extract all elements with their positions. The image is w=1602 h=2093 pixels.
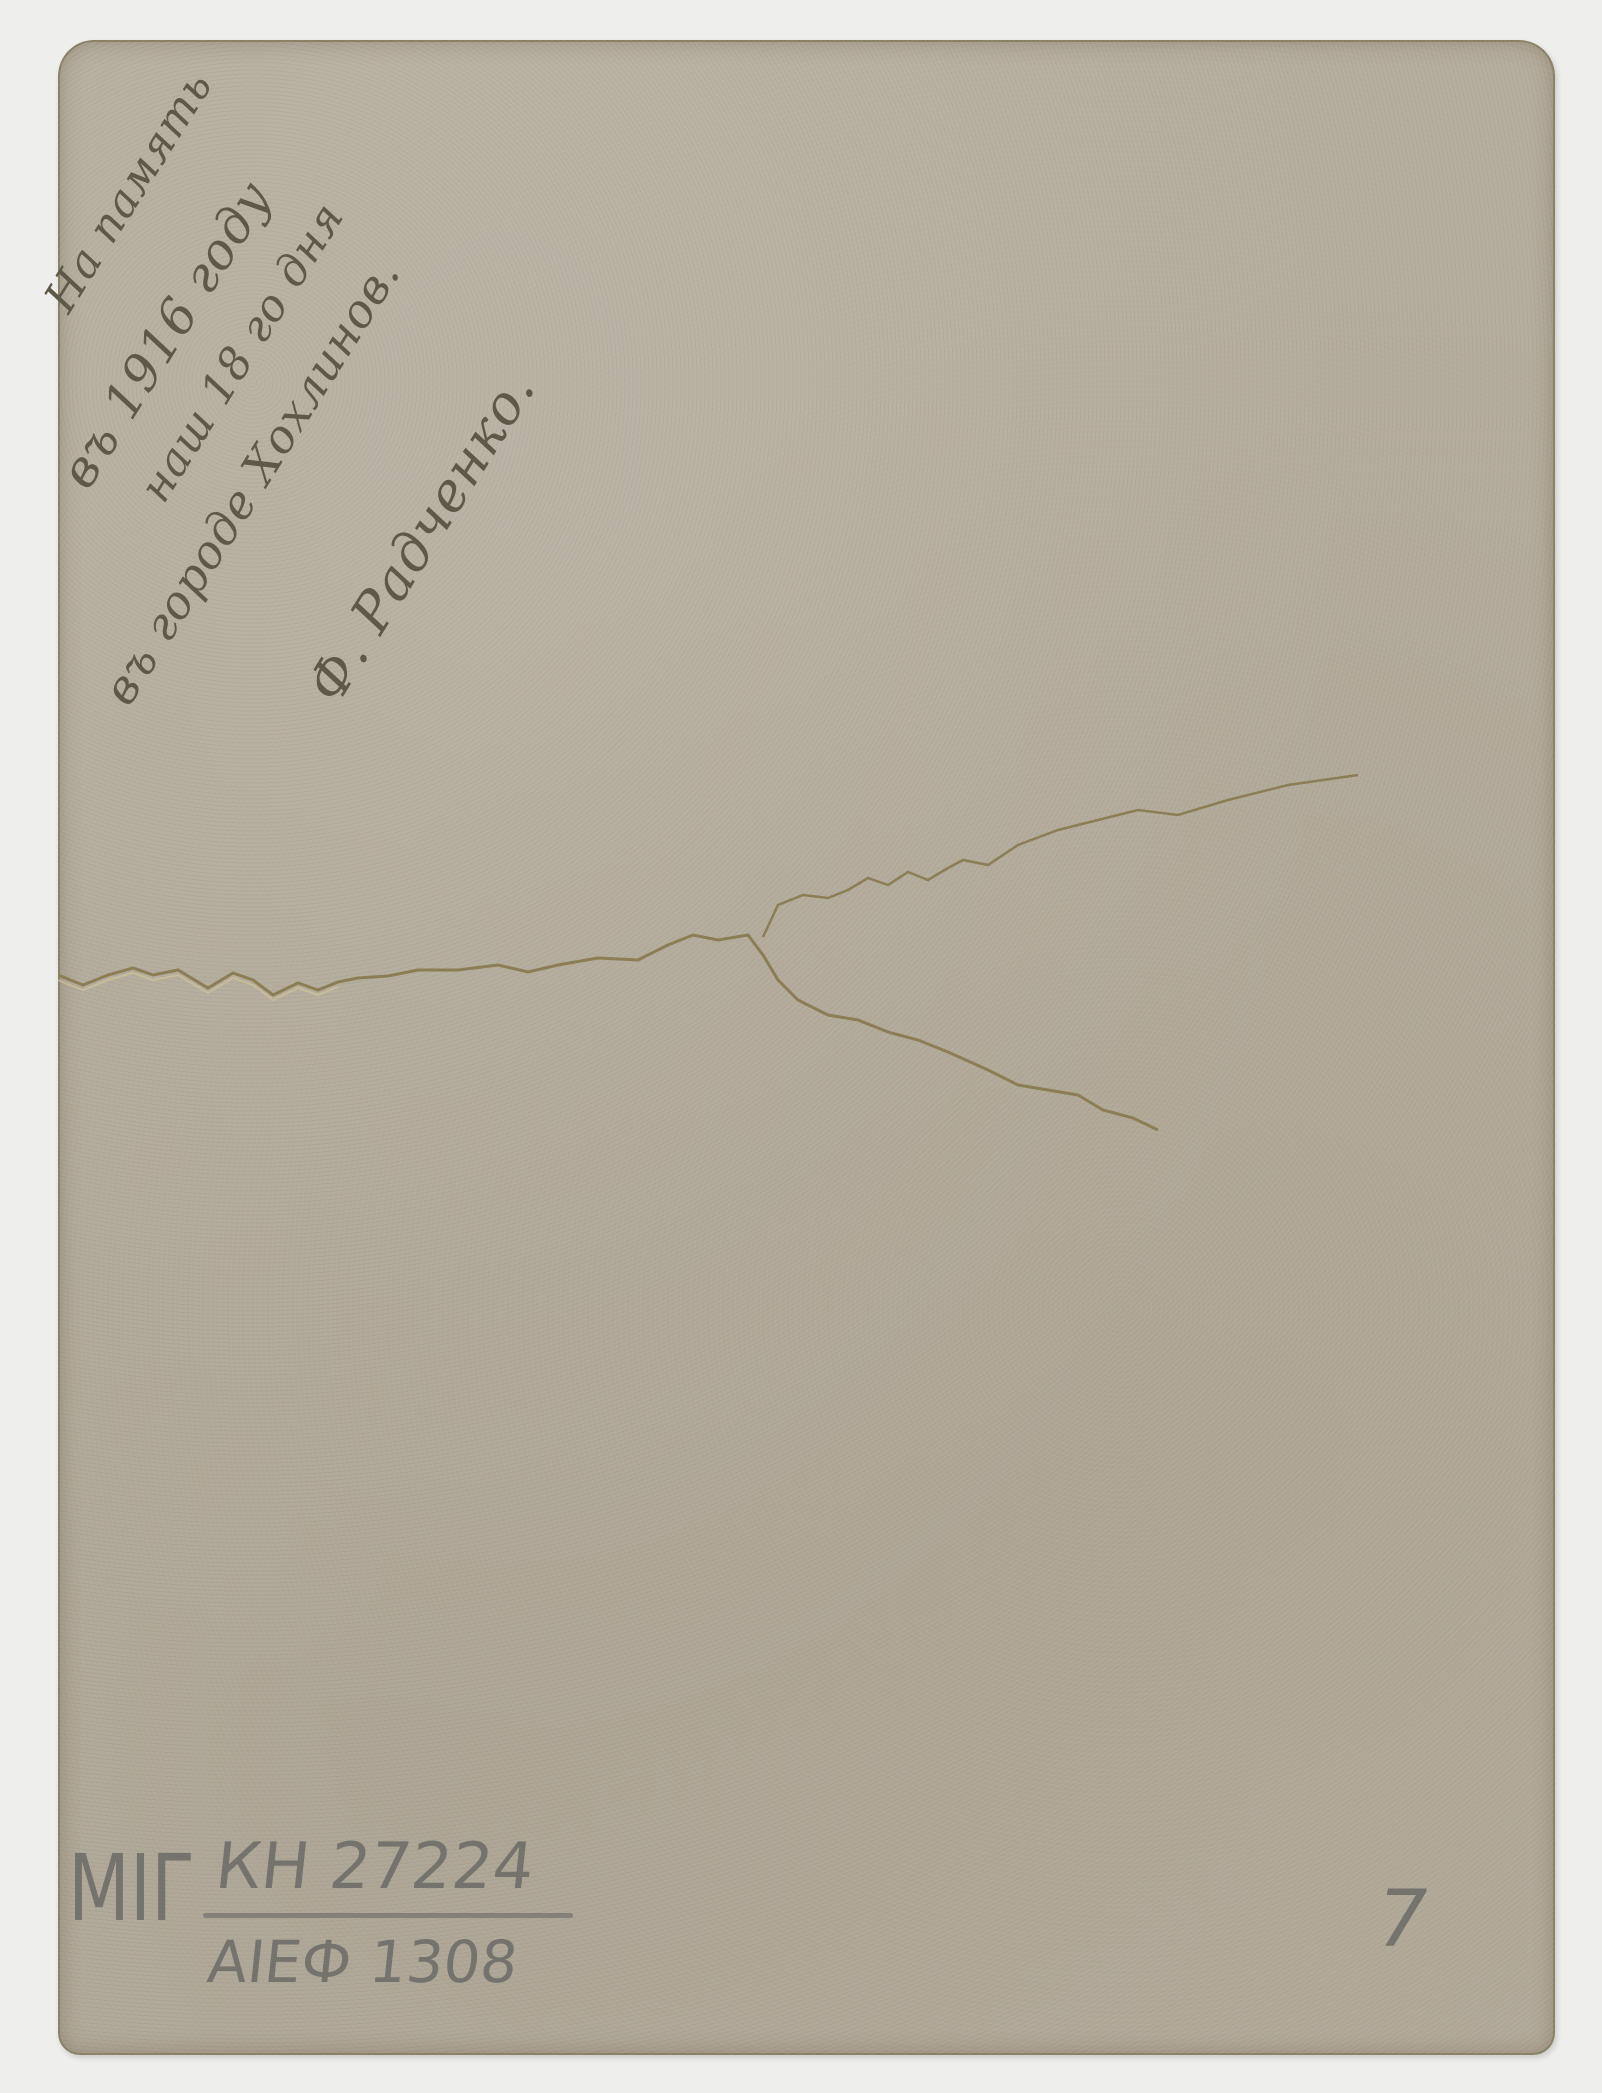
archive-divider <box>203 1913 573 1918</box>
crack-lines <box>58 40 1555 2055</box>
archive-sheet-number: 7 <box>1378 1875 1428 1965</box>
archive-inventory-number: КН 27224 <box>212 1830 537 1904</box>
archive-collection-code: МІГ <box>68 1835 195 1942</box>
archive-fund-number: АІЕФ 1308 <box>204 1928 521 1996</box>
photo-card-reverse: На память въ 1916 году наш 18 го дня въ … <box>58 40 1555 2055</box>
